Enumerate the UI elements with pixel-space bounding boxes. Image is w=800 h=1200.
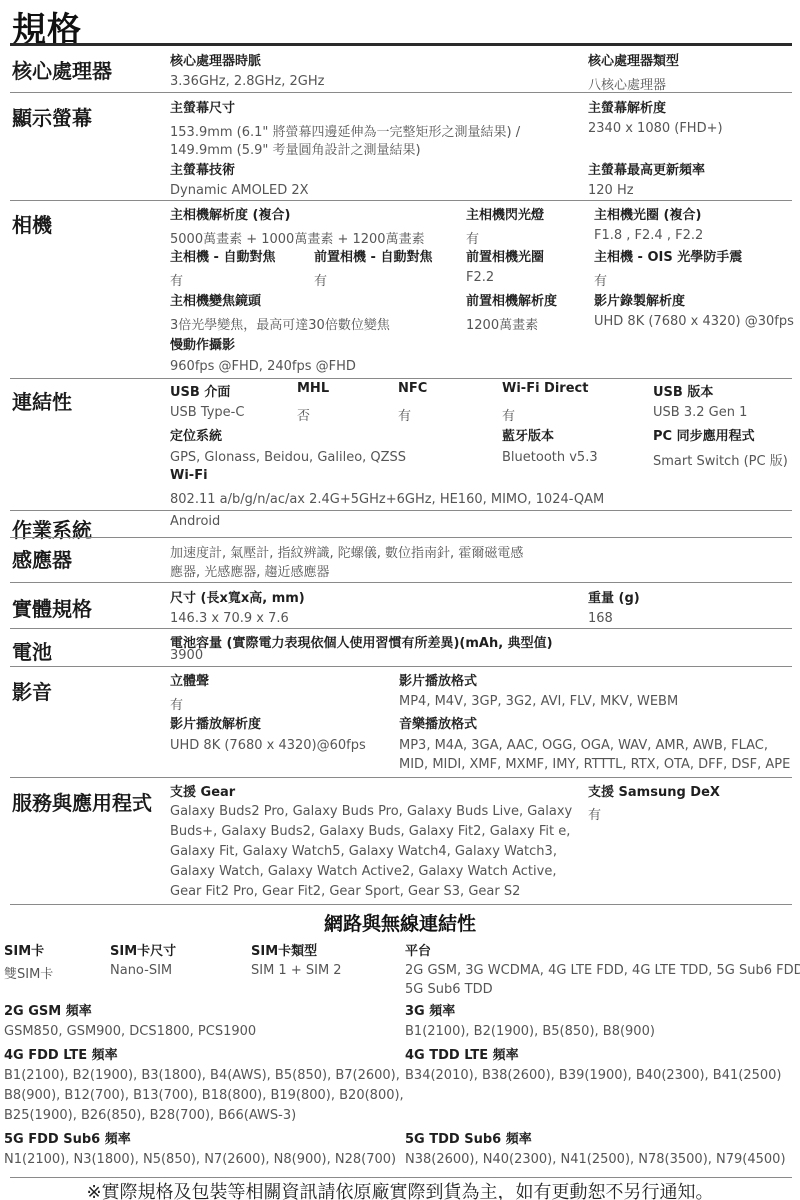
value-screen-size-1: 153.9mm (6.1" 將螢幕四邊延伸為一完整矩形之測量結果) / — [170, 121, 520, 140]
value-supported-gear-2: Buds+, Galaxy Buds2, Galaxy Buds, Galaxy… — [170, 824, 570, 839]
value-cpu-clock: 3.36GHz, 2.8GHz, 2GHz — [170, 74, 324, 89]
category-display: 顯示螢幕 — [12, 102, 92, 131]
label-usb-version: USB 版本 — [653, 381, 713, 400]
value-nfc: 有 — [398, 405, 411, 424]
label-refresh-rate: 主螢幕最高更新頻率 — [588, 159, 705, 178]
label-bluetooth: 藍牙版本 — [502, 425, 554, 444]
value-5g-tdd-sub6: N38(2600), N40(2300), N41(2500), N78(350… — [405, 1152, 786, 1167]
divider — [10, 582, 792, 583]
value-usb-version: USB 3.2 Gen 1 — [653, 405, 747, 420]
label-cpu-clock: 核心處理器時脈 — [170, 50, 261, 69]
value-audio-format-2: MID, MIDI, XMF, MXMF, IMY, RTTTL, RTX, O… — [399, 757, 790, 772]
value-4g-tdd-lte: B34(2010), B38(2600), B39(1900), B40(230… — [405, 1068, 782, 1083]
label-front-aperture: 前置相機光圈 — [466, 246, 544, 265]
label-audio-format: 音樂播放格式 — [399, 713, 477, 732]
footer-disclaimer: ※實際規格及包裝等相關資訊請依原廠實際到貨為主，如有更動恕不另行通知。 — [0, 1178, 800, 1200]
value-weight: 168 — [588, 611, 613, 626]
value-front-af: 有 — [314, 270, 327, 289]
value-os: Android — [170, 514, 220, 529]
value-main-aperture: F1.8 , F2.4 , F2.2 — [594, 228, 703, 243]
value-usb-interface: USB Type-C — [170, 405, 244, 420]
value-zoom-lens: 3倍光學變焦，最高可達30倍數位變焦 — [170, 314, 390, 333]
value-supported-gear-4: Galaxy Watch, Galaxy Watch Active2, Gala… — [170, 864, 556, 879]
label-front-af: 前置相機 - 自動對焦 — [314, 246, 432, 265]
value-video-playback-res: UHD 8K (7680 x 4320)@60fps — [170, 738, 366, 753]
divider — [10, 628, 792, 629]
value-location: GPS, Glonass, Beidou, Galileo, QZSS — [170, 450, 406, 465]
label-3g: 3G 頻率 — [405, 1000, 455, 1019]
label-stereo: 立體聲 — [170, 670, 209, 689]
label-battery-capacity: 電池容量 (實際電力表現依個人使用習慣有所差異)(mAh, 典型值) — [170, 632, 553, 651]
divider — [10, 666, 792, 667]
value-cpu-type: 八核心處理器 — [588, 74, 666, 93]
value-4g-fdd-lte-3: B25(1900), B26(850), B28(700), B66(AWS-3… — [4, 1108, 296, 1123]
label-2g-gsm: 2G GSM 頻率 — [4, 1000, 92, 1019]
value-flash: 有 — [466, 228, 479, 247]
value-sim-type: SIM 1 + SIM 2 — [251, 963, 342, 978]
category-battery: 電池 — [12, 636, 52, 665]
category-camera: 相機 — [12, 209, 52, 238]
label-main-af: 主相機 - 自動對焦 — [170, 246, 275, 265]
label-wifi-direct: Wi-Fi Direct — [502, 381, 588, 396]
label-wifi: Wi-Fi — [170, 468, 208, 483]
label-platform: 平台 — [405, 940, 431, 959]
value-battery-capacity: 3900 — [170, 648, 203, 663]
label-video-recording: 影片錄製解析度 — [594, 290, 685, 309]
label-slow-motion: 慢動作攝影 — [170, 334, 235, 353]
value-2g-gsm: GSM850, GSM900, DCS1800, PCS1900 — [4, 1024, 256, 1039]
value-pc-sync: Smart Switch (PC 版) — [653, 450, 788, 469]
label-screen-resolution: 主螢幕解析度 — [588, 97, 666, 116]
divider — [10, 537, 792, 538]
label-screen-tech: 主螢幕技術 — [170, 159, 235, 178]
label-nfc: NFC — [398, 381, 427, 396]
label-supported-gear: 支援 Gear — [170, 781, 235, 800]
value-supported-gear-3: Galaxy Fit, Galaxy Watch5, Galaxy Watch4… — [170, 844, 557, 859]
value-front-camera-res: 1200萬畫素 — [466, 314, 538, 333]
value-5g-fdd-sub6: N1(2100), N3(1800), N5(850), N7(2600), N… — [4, 1152, 396, 1167]
value-mhl: 否 — [297, 405, 310, 424]
value-3g: B1(2100), B2(1900), B5(850), B8(900) — [405, 1024, 655, 1039]
value-wifi-direct: 有 — [502, 405, 515, 424]
value-video-recording: UHD 8K (7680 x 4320) @30fps — [594, 314, 794, 329]
value-slow-motion: 960fps @FHD, 240fps @FHD — [170, 359, 356, 374]
divider — [10, 904, 792, 905]
value-refresh-rate: 120 Hz — [588, 183, 634, 198]
label-mhl: MHL — [297, 381, 329, 396]
label-sim-size: SIM卡尺寸 — [110, 940, 176, 959]
value-audio-format-1: MP3, M4A, 3GA, AAC, OGG, OGA, WAV, AMR, … — [399, 738, 768, 753]
divider — [10, 92, 792, 93]
label-front-camera-res: 前置相機解析度 — [466, 290, 557, 309]
value-platform-2: 5G Sub6 TDD — [405, 982, 493, 997]
divider — [10, 378, 792, 379]
value-4g-fdd-lte-2: B8(900), B12(700), B13(700), B18(800), B… — [4, 1088, 404, 1103]
category-processor: 核心處理器 — [12, 55, 112, 84]
value-screen-resolution: 2340 x 1080 (FHD+) — [588, 121, 723, 136]
value-screen-size-2: 149.9mm (5.9" 考量圓角設計之測量結果) — [170, 139, 421, 158]
category-os: 作業系統 — [12, 514, 92, 543]
value-4g-fdd-lte-1: B1(2100), B2(1900), B3(1800), B4(AWS), B… — [4, 1068, 400, 1083]
label-5g-tdd-sub6: 5G TDD Sub6 頻率 — [405, 1128, 532, 1147]
value-wifi: 802.11 a/b/g/n/ac/ax 2.4G+5GHz+6GHz, HE1… — [170, 492, 604, 507]
label-video-format: 影片播放格式 — [399, 670, 477, 689]
title-divider — [10, 43, 792, 46]
value-sensors-1: 加速度計, 氣壓計, 指紋辨識, 陀螺儀, 數位指南針, 霍爾磁電感 — [170, 542, 523, 561]
label-dimensions: 尺寸 (長x寬x高, mm) — [170, 587, 305, 606]
value-bluetooth: Bluetooth v5.3 — [502, 450, 598, 465]
label-main-aperture: 主相機光圈 (複合) — [594, 204, 701, 223]
value-main-af: 有 — [170, 270, 183, 289]
value-screen-tech: Dynamic AMOLED 2X — [170, 183, 309, 198]
value-dimensions: 146.3 x 70.9 x 7.6 — [170, 611, 289, 626]
divider — [10, 200, 792, 201]
label-cpu-type: 核心處理器類型 — [588, 50, 679, 69]
value-stereo: 有 — [170, 694, 183, 713]
label-screen-size: 主螢幕尺寸 — [170, 97, 235, 116]
value-sensors-2: 應器, 光感應器, 趨近感應器 — [170, 561, 330, 580]
category-physical: 實體規格 — [12, 593, 92, 622]
label-usb-interface: USB 介面 — [170, 381, 230, 400]
value-supported-gear-1: Galaxy Buds2 Pro, Galaxy Buds Pro, Galax… — [170, 804, 572, 819]
category-services: 服務與應用程式 — [12, 787, 152, 816]
category-audio-video: 影音 — [12, 676, 52, 705]
value-samsung-dex: 有 — [588, 804, 601, 823]
label-4g-tdd-lte: 4G TDD LTE 頻率 — [405, 1044, 519, 1063]
label-weight: 重量 (g) — [588, 587, 640, 606]
category-connectivity: 連結性 — [12, 386, 72, 415]
label-main-camera-res: 主相機解析度 (複合) — [170, 204, 290, 223]
value-supported-gear-5: Gear Fit2 Pro, Gear Fit2, Gear Sport, Ge… — [170, 884, 520, 899]
label-5g-fdd-sub6: 5G FDD Sub6 頻率 — [4, 1128, 131, 1147]
value-front-aperture: F2.2 — [466, 270, 494, 285]
value-ois: 有 — [594, 270, 607, 289]
label-video-playback-res: 影片播放解析度 — [170, 713, 261, 732]
value-sim-size: Nano-SIM — [110, 963, 172, 978]
label-sim: SIM卡 — [4, 940, 44, 959]
label-zoom-lens: 主相機變焦鏡頭 — [170, 290, 261, 309]
value-main-camera-res: 5000萬畫素 + 1000萬畫素 + 1200萬畫素 — [170, 228, 425, 247]
label-location: 定位系統 — [170, 425, 222, 444]
divider — [10, 777, 792, 778]
category-sensors: 感應器 — [12, 544, 72, 573]
value-video-format: MP4, M4V, 3GP, 3G2, AVI, FLV, MKV, WEBM — [399, 694, 678, 709]
divider — [10, 510, 792, 511]
network-title: 網路與無線連結性 — [0, 909, 800, 936]
value-platform-1: 2G GSM, 3G WCDMA, 4G LTE FDD, 4G LTE TDD… — [405, 963, 800, 978]
label-ois: 主相機 - OIS 光學防手震 — [594, 246, 742, 265]
label-pc-sync: PC 同步應用程式 — [653, 425, 755, 444]
label-4g-fdd-lte: 4G FDD LTE 頻率 — [4, 1044, 118, 1063]
value-sim: 雙SIM卡 — [4, 963, 53, 982]
label-samsung-dex: 支援 Samsung DeX — [588, 781, 720, 800]
label-sim-type: SIM卡類型 — [251, 940, 317, 959]
label-flash: 主相機閃光燈 — [466, 204, 544, 223]
